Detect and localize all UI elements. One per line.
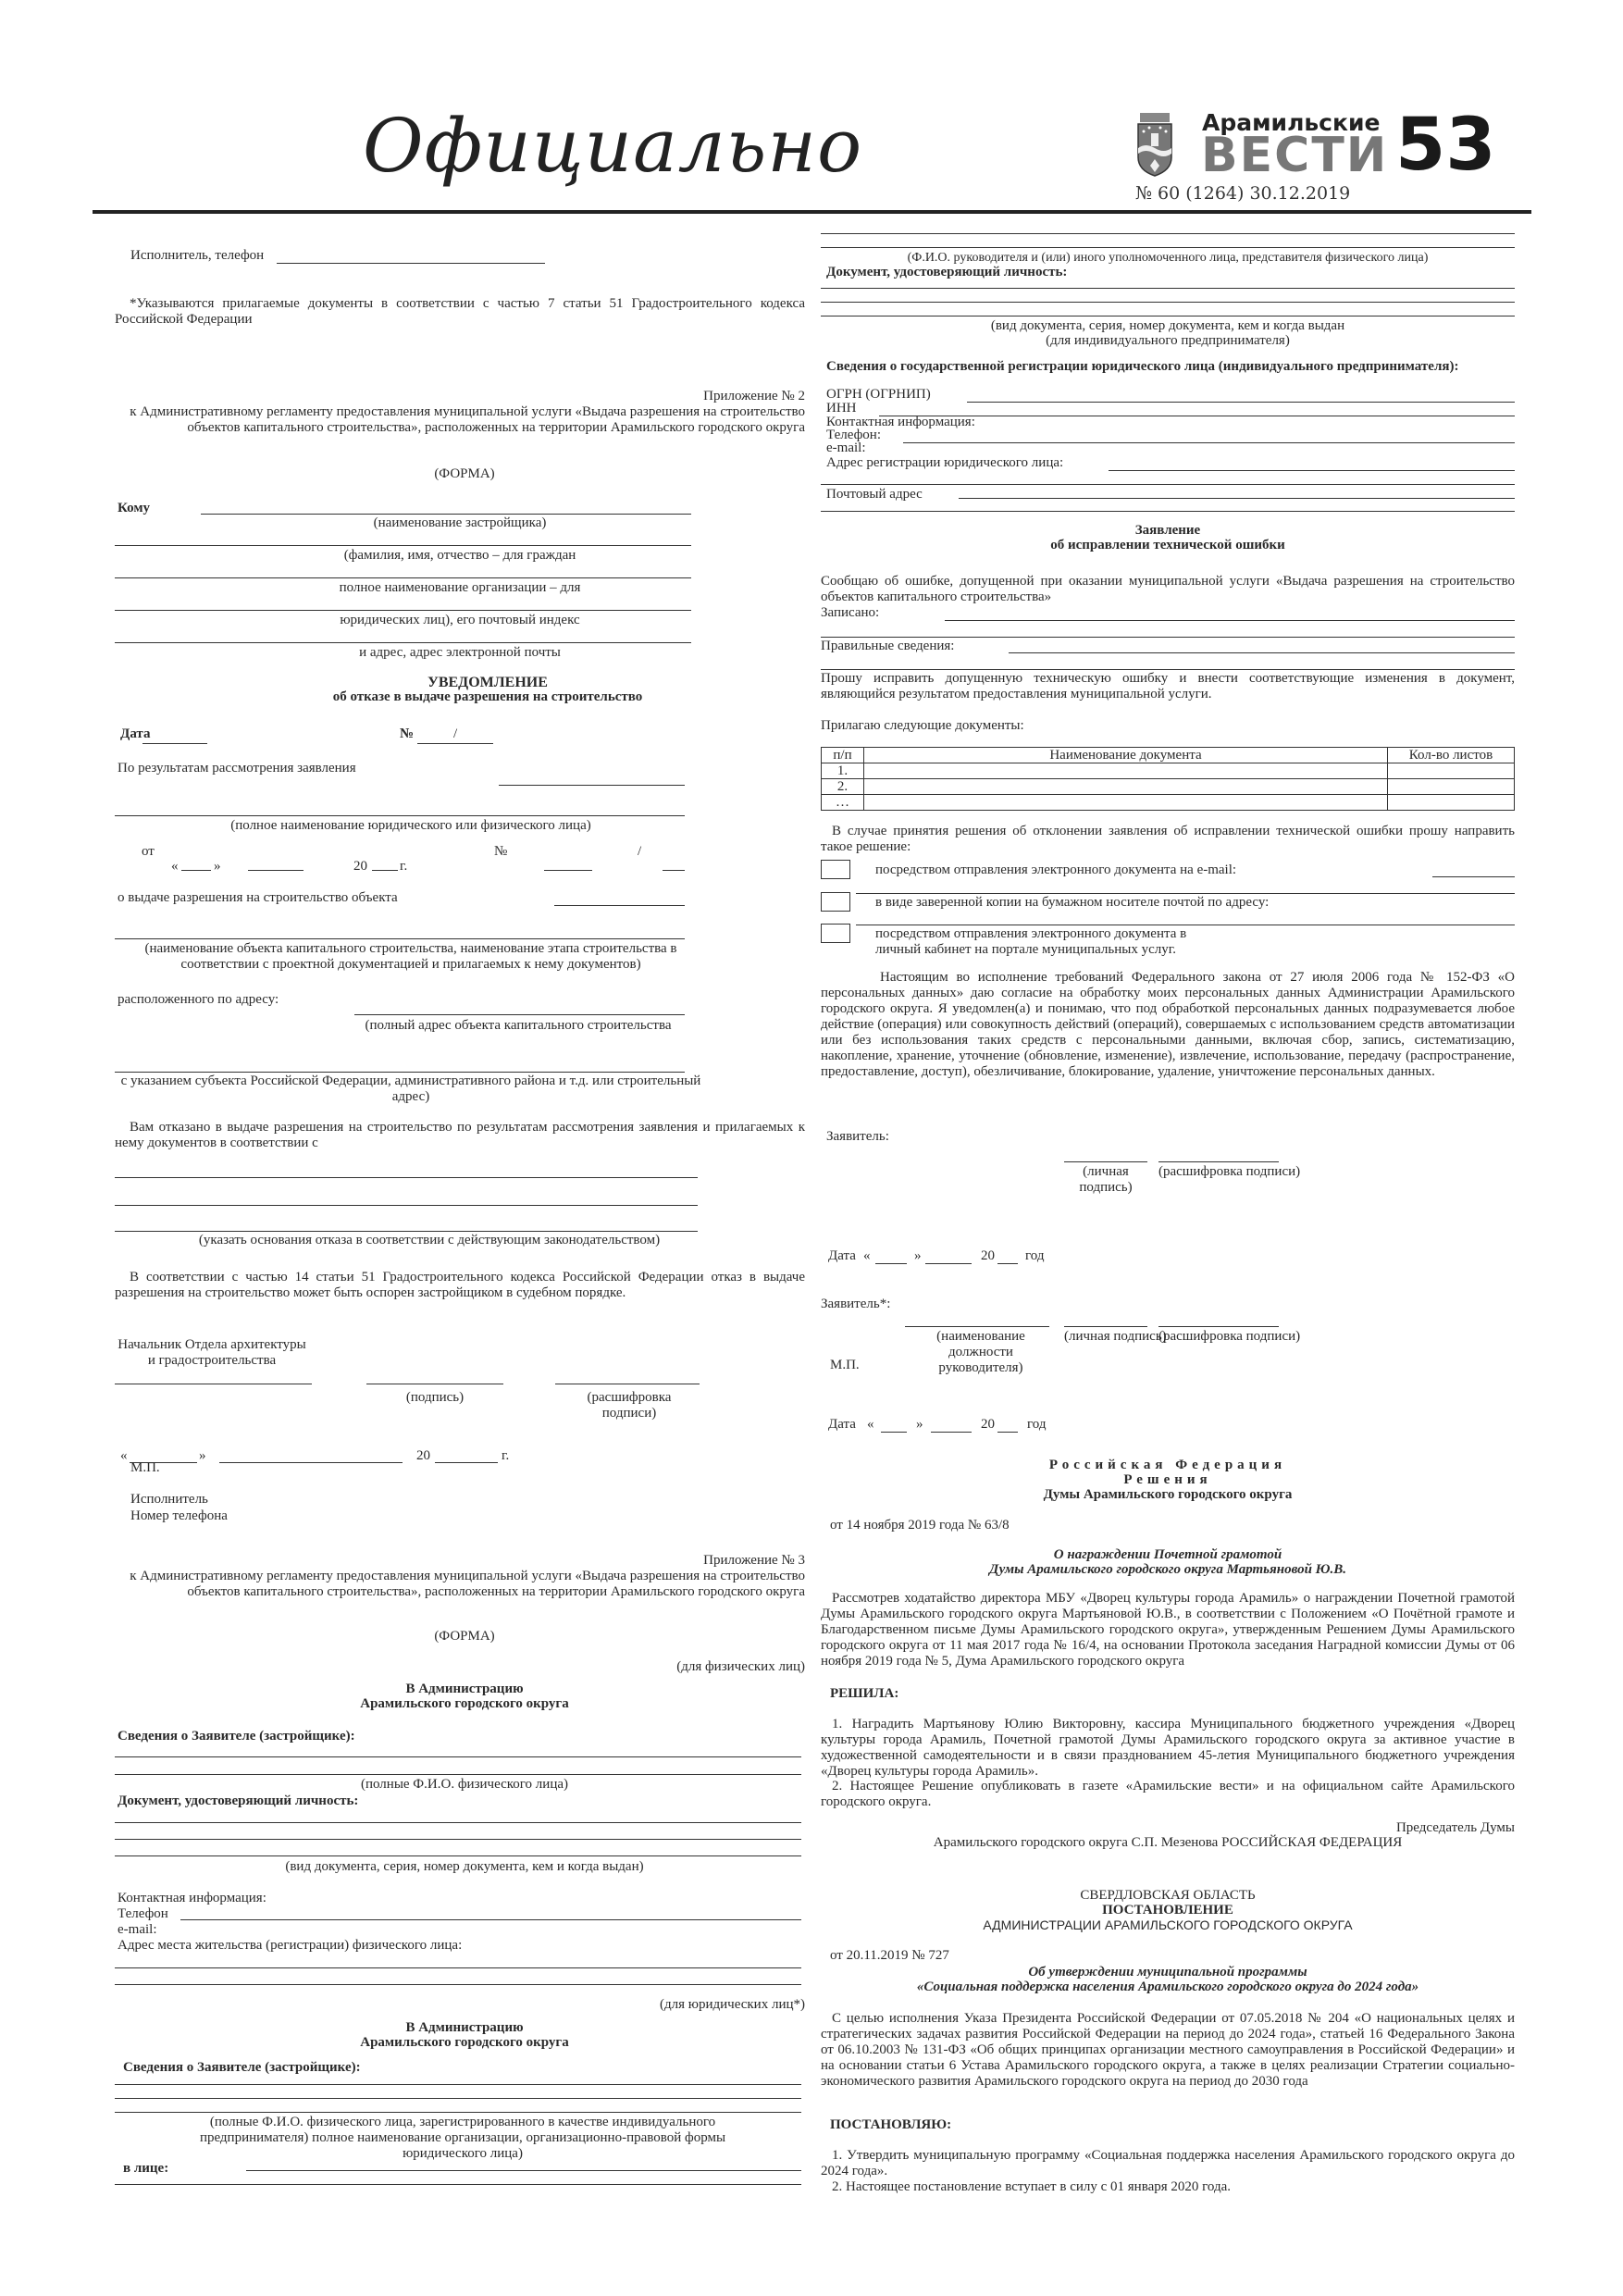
signature-hint: (подпись): [366, 1390, 503, 1406]
correct-label: Правильные сведения:: [821, 639, 954, 654]
col-sheets: Кол-во листов: [1388, 748, 1515, 763]
table-row[interactable]: 2.: [822, 779, 1515, 795]
recorded-line[interactable]: [945, 620, 1515, 621]
decision-date: от 14 ноября 2019 года № 63/8: [830, 1518, 1010, 1533]
object-text: о выдаче разрешения на строительство объ…: [118, 890, 398, 906]
issue-number: № 60 (1264) 30.12.2019: [1135, 183, 1350, 204]
grounds-line-3[interactable]: [115, 1231, 698, 1232]
phone-label: Телефон: [118, 1906, 168, 1922]
object-hint: (наименование объекта капитального строи…: [115, 941, 707, 973]
phone-number-label: Номер телефона: [130, 1508, 228, 1524]
legal-hint: (полные Ф.И.О. физического лица, зарегис…: [167, 2115, 759, 2162]
applicant-line-3[interactable]: [115, 2112, 801, 2113]
head-line-2[interactable]: [821, 247, 1515, 248]
resolution-date: от 20.11.2019 № 727: [830, 1948, 949, 1964]
in-person-line-2[interactable]: [115, 2184, 801, 2185]
email-line-2[interactable]: [856, 893, 1515, 894]
option-post-label: в виде заверенной копии на бумажном носи…: [875, 895, 1269, 911]
id-doc-line-2[interactable]: [821, 302, 1515, 303]
head-line-1[interactable]: [821, 233, 1515, 234]
executor-phone-label: Исполнитель, телефон: [130, 248, 264, 264]
recorded-line-2[interactable]: [821, 637, 1515, 638]
application-subtitle: об исправлении технической ошибки: [821, 538, 1515, 553]
appendix-3-title: Приложение № 3: [115, 1553, 805, 1569]
postal-line-2[interactable]: [821, 511, 1515, 512]
option-portal-checkbox[interactable]: [821, 924, 850, 943]
month-line[interactable]: [219, 1462, 403, 1463]
option-email-checkbox[interactable]: [821, 860, 850, 879]
subject-hint: с указанием субъекта Российской Федераци…: [115, 1074, 707, 1105]
id-doc-label: Документ, удостоверяющий личность:: [826, 265, 1067, 280]
decisions-heading: Решения: [821, 1472, 1515, 1488]
appendix-2-title: Приложение № 2: [115, 389, 805, 404]
year-prefix: 20: [981, 1248, 995, 1264]
row-number: 1.: [822, 763, 864, 779]
year-line[interactable]: [997, 1263, 1018, 1264]
decoding-hint: (расшифровка подписи): [1158, 1329, 1279, 1345]
komu-line-1[interactable]: [201, 514, 691, 515]
date-label: Дата: [828, 1248, 856, 1264]
number-line[interactable]: [417, 743, 493, 744]
decoding-line[interactable]: [555, 1384, 700, 1384]
signature-line[interactable]: [366, 1384, 503, 1384]
page-number: 53: [1395, 104, 1496, 187]
komu-line-4[interactable]: [115, 610, 691, 611]
month-line[interactable]: [248, 870, 304, 871]
date-line[interactable]: [142, 743, 207, 744]
applicant-label: Заявитель:: [826, 1129, 889, 1145]
number-label: №: [494, 844, 507, 860]
post-line[interactable]: [856, 925, 1515, 925]
komu-hint: полное наименование организации – для: [115, 580, 805, 596]
documents-table: п/п Наименование документа Кол-во листов…: [821, 747, 1515, 811]
year-line[interactable]: [372, 870, 398, 871]
for-legal: (для юридических лиц*): [115, 1997, 805, 2013]
residence-line-2[interactable]: [115, 1984, 801, 1985]
doc-name-cell[interactable]: [864, 795, 1388, 811]
address-line[interactable]: [354, 1014, 685, 1015]
subject-line[interactable]: [115, 1072, 685, 1073]
id-doc-line-1[interactable]: [821, 288, 1515, 289]
paper-name-bottom: ВЕСТИ: [1201, 130, 1388, 181]
chair-name: Арамильского городского округа С.П. Мезе…: [821, 1835, 1515, 1851]
address-hint: (полный адрес объекта капитального строи…: [352, 1018, 685, 1034]
personal-sig-line[interactable]: [1064, 1161, 1147, 1162]
applicant-info-label: Сведения о Заявителе (застройщике):: [118, 1729, 355, 1744]
forma-label: (ФОРМА): [115, 1629, 814, 1644]
to-admin-1: В Администрацию: [115, 2020, 814, 2036]
row-number: 2.: [822, 779, 864, 795]
reg-number-line[interactable]: [544, 870, 592, 871]
id-doc-line-3[interactable]: [821, 316, 1515, 316]
region-heading: СВЕРДЛОВСКАЯ ОБЛАСТЬ: [821, 1888, 1515, 1904]
state-reg-label: Сведения о государственной регистрации ю…: [826, 359, 1493, 375]
decree-heading: ПОСТАНОВЛЯЮ:: [830, 2117, 951, 2133]
option-portal-label: посредством отправления электронного док…: [875, 926, 1208, 958]
id-doc-hint: (для индивидуального предпринимателя): [821, 333, 1515, 349]
reg-suffix-line[interactable]: [663, 870, 685, 871]
day-line[interactable]: [181, 870, 211, 871]
head-line[interactable]: [115, 1384, 312, 1384]
decoding-line[interactable]: [1158, 1161, 1279, 1162]
appendix-2-text: к Административному регламенту предостав…: [115, 404, 805, 436]
doc-name-cell[interactable]: [864, 763, 1388, 779]
personal-sig-hint: (личная подпись): [1064, 1329, 1147, 1345]
number-label: №: [400, 726, 414, 742]
slash: /: [638, 844, 641, 860]
id-doc-line-3[interactable]: [115, 1855, 801, 1856]
residence-label: Адрес места жительства (регистрации) физ…: [118, 1938, 462, 1954]
sheets-cell[interactable]: [1388, 763, 1515, 779]
year-word: год: [1025, 1248, 1044, 1264]
year-line[interactable]: [435, 1462, 498, 1463]
option-email-label: посредством отправления электронного док…: [875, 863, 1236, 878]
phone-line[interactable]: [903, 442, 1515, 443]
reject-text: В случае принятия решения об отклонении …: [821, 824, 1515, 855]
id-doc-hint: (вид документа, серия, номер документа, …: [115, 1859, 814, 1875]
email-label: e-mail:: [118, 1922, 156, 1938]
position-line[interactable]: [905, 1326, 1049, 1327]
id-doc-hint: (вид документа, серия, номер документа, …: [821, 318, 1515, 334]
executor-label: Исполнитель: [130, 1492, 208, 1508]
appendix-3-text: к Административному регламенту предостав…: [115, 1569, 805, 1600]
applicant-line-1[interactable]: [115, 1756, 801, 1757]
year-suffix: г.: [502, 1448, 509, 1464]
month-line[interactable]: [925, 1263, 972, 1264]
award-title: О награждении Почетной грамотой: [821, 1547, 1515, 1563]
applicant-line-2[interactable]: [115, 2098, 801, 2099]
footnote: *Указываются прилагаемые документы в соо…: [115, 296, 805, 328]
rf-heading: Российская Федерация: [821, 1458, 1515, 1473]
to-admin-2: Арамильского городского округа: [115, 2035, 814, 2051]
table-header-row: п/п Наименование документа Кол-во листов: [822, 748, 1515, 763]
to-admin-1: В Администрацию: [115, 1682, 814, 1697]
from-label: от: [142, 844, 155, 860]
application-title: Заявление: [821, 523, 1515, 539]
sheets-cell[interactable]: [1388, 779, 1515, 795]
table-row[interactable]: 1.: [822, 763, 1515, 779]
ogrn-line[interactable]: [967, 402, 1515, 403]
sheets-cell[interactable]: [1388, 795, 1515, 811]
komu-line-5[interactable]: [115, 642, 691, 643]
correct-line[interactable]: [1009, 652, 1515, 653]
year-prefix: 20: [353, 859, 367, 875]
year-prefix: 20: [981, 1417, 995, 1433]
program-text: С целью исполнения Указа Президента Росс…: [821, 2011, 1515, 2090]
decree-item-1: 1. Утвердить муниципальную программу «Со…: [821, 2148, 1515, 2179]
col-doc-name: Наименование документа: [864, 748, 1388, 763]
notice-title: УВЕДОМЛЕНИЕ: [115, 675, 861, 690]
postal-label: Почтовый адрес: [826, 487, 923, 503]
decree-item-2: 2. Настоящее постановление вступает в си…: [821, 2179, 1515, 2195]
fio-hint: (полные Ф.И.О. физического лица): [115, 1777, 814, 1793]
position-hint: (наименование должности руководителя): [921, 1329, 1041, 1376]
applicant-star-label: Заявитель*:: [821, 1297, 890, 1312]
day-line[interactable]: [875, 1263, 907, 1264]
in-person-line[interactable]: [246, 2170, 801, 2171]
date-label: Дата: [828, 1417, 856, 1433]
postal-line[interactable]: [959, 498, 1515, 499]
header-rule: [93, 210, 1531, 214]
head-hint: (Ф.И.О. руководителя и (или) иного уполн…: [821, 250, 1515, 266]
decoding-hint: (расшифровка подписи): [1158, 1164, 1279, 1180]
doc-name-cell[interactable]: [864, 779, 1388, 795]
stamp-label: М.П.: [830, 1358, 860, 1373]
forma-label: (ФОРМА): [115, 466, 814, 482]
komu-hint: (наименование застройщика): [115, 515, 805, 531]
grounds-line-1[interactable]: [115, 1177, 698, 1178]
resolution-heading: ПОСТАНОВЛЕНИЕ: [821, 1903, 1515, 1918]
quote-open: «: [120, 1448, 128, 1464]
grounds-line-2[interactable]: [115, 1205, 698, 1206]
award-title: Думы Арамильского городского округа Март…: [821, 1562, 1515, 1578]
quote-close: »: [914, 1248, 922, 1264]
request-text: Прошу исправить допущенную техническую о…: [821, 671, 1515, 702]
in-person-label: в лице:: [123, 2161, 168, 2177]
applicant-line-1[interactable]: [115, 2084, 801, 2085]
row-number: …: [822, 795, 864, 811]
object-name-line[interactable]: [115, 938, 685, 939]
program-title: Об утверждении муниципальной программы: [821, 1965, 1515, 1980]
id-doc-label: Документ, удостоверяющий личность:: [118, 1793, 358, 1809]
review-line[interactable]: [499, 785, 685, 786]
option-post-checkbox[interactable]: [821, 892, 850, 912]
month-line[interactable]: [931, 1432, 972, 1433]
stamp-label: М.П.: [130, 1460, 160, 1476]
year-suffix: г.: [400, 859, 407, 875]
head-title: Начальник Отдела архитектуры и градостро…: [115, 1337, 309, 1369]
year-prefix: 20: [416, 1448, 430, 1464]
personal-sig-hint: (личная подпись): [1064, 1164, 1147, 1196]
komu-line-3[interactable]: [115, 577, 691, 578]
komu-hint: и адрес, адрес электронной почты: [115, 645, 805, 661]
table-row[interactable]: …: [822, 795, 1515, 811]
day-line[interactable]: [881, 1432, 907, 1433]
executor-phone-line[interactable]: [277, 263, 545, 264]
report-text: Сообщаю об ошибке, допущенной при оказан…: [821, 574, 1515, 605]
notice-subtitle: об отказе в выдаче разрешения на строите…: [115, 689, 861, 705]
award-text: Рассмотрев ходатайство директора МБУ «Дв…: [821, 1591, 1515, 1669]
contact-info-label: Контактная информация:: [118, 1891, 266, 1906]
correct-line-2[interactable]: [821, 669, 1515, 670]
phone-line[interactable]: [180, 1919, 801, 1920]
quote-open: «: [863, 1248, 871, 1264]
residence-line-1[interactable]: [115, 1967, 801, 1968]
legal-address-line[interactable]: [1109, 470, 1515, 471]
appeal-text: В соответствии с частью 14 статьи 51 Гра…: [115, 1270, 805, 1301]
grounds-hint: (указать основания отказа в соответствии…: [115, 1233, 744, 1248]
program-title: «Социальная поддержка населения Арамильс…: [821, 1980, 1515, 1995]
recorded-label: Записано:: [821, 605, 879, 621]
resolved-heading: РЕШИЛА:: [830, 1686, 898, 1702]
section-title: Официально: [363, 100, 862, 192]
for-individuals: (для физических лиц): [115, 1659, 805, 1675]
quote-close: »: [199, 1448, 206, 1464]
legal-address-label: Адрес регистрации юридического лица:: [826, 455, 1063, 471]
slash: /: [453, 726, 457, 742]
id-doc-line-2[interactable]: [115, 1839, 801, 1840]
decoding-line[interactable]: [1158, 1326, 1279, 1327]
decision-item-1: 1. Наградить Мартьянову Юлию Викторовну,…: [821, 1717, 1515, 1780]
year-word: год: [1027, 1417, 1046, 1433]
consent-text: Настоящим во исполнение требований Федер…: [821, 970, 1515, 1080]
located-label: расположенного по адресу:: [118, 992, 279, 1008]
id-doc-line-1[interactable]: [115, 1822, 801, 1823]
object-line[interactable]: [554, 905, 685, 906]
review-text: По результатам рассмотрения заявления: [118, 761, 356, 776]
date-label: Дата: [120, 726, 150, 742]
applicant-info-label: Сведения о Заявителе (застройщике):: [123, 2060, 361, 2076]
admin-heading: АДМИНИСТРАЦИИ АРАМИЛЬСКОГО ГОРОДСКОГО ОК…: [821, 1917, 1515, 1933]
refused-text: Вам отказано в выдаче разрешения на стро…: [115, 1120, 805, 1151]
chair-title: Председатель Думы: [821, 1820, 1515, 1836]
quote-open: «: [867, 1417, 874, 1433]
komu-label: Кому: [118, 501, 150, 516]
komu-line-2[interactable]: [115, 545, 691, 546]
attach-label: Прилагаю следующие документы:: [821, 718, 1024, 734]
komu-hint: (фамилия, имя, отчество – для граждан: [115, 548, 805, 564]
email-line[interactable]: [1432, 876, 1515, 877]
legal-address-line-2[interactable]: [821, 484, 1515, 485]
personal-sig-line[interactable]: [1064, 1326, 1147, 1327]
email-label: e-mail:: [826, 441, 865, 456]
decision-item-2: 2. Настоящее Решение опубликовать в газе…: [821, 1779, 1515, 1810]
duma-heading: Думы Арамильского городского округа: [821, 1487, 1515, 1503]
quote-close: »: [214, 859, 221, 875]
komu-hint: юридических лиц), его почтовый индекс: [115, 613, 805, 628]
coat-of-arms-icon: [1136, 111, 1173, 178]
quote-open: «: [171, 859, 179, 875]
full-name-hint: (полное наименование юридического или фи…: [115, 818, 707, 834]
to-admin-2: Арамильского городского округа: [115, 1696, 814, 1712]
year-line[interactable]: [997, 1432, 1018, 1433]
decoding-hint: (расшифровка подписи): [574, 1390, 685, 1421]
quote-close: »: [916, 1417, 923, 1433]
col-number: п/п: [822, 748, 864, 763]
applicant-name-line[interactable]: [115, 815, 685, 816]
applicant-line-2[interactable]: [115, 1774, 801, 1775]
